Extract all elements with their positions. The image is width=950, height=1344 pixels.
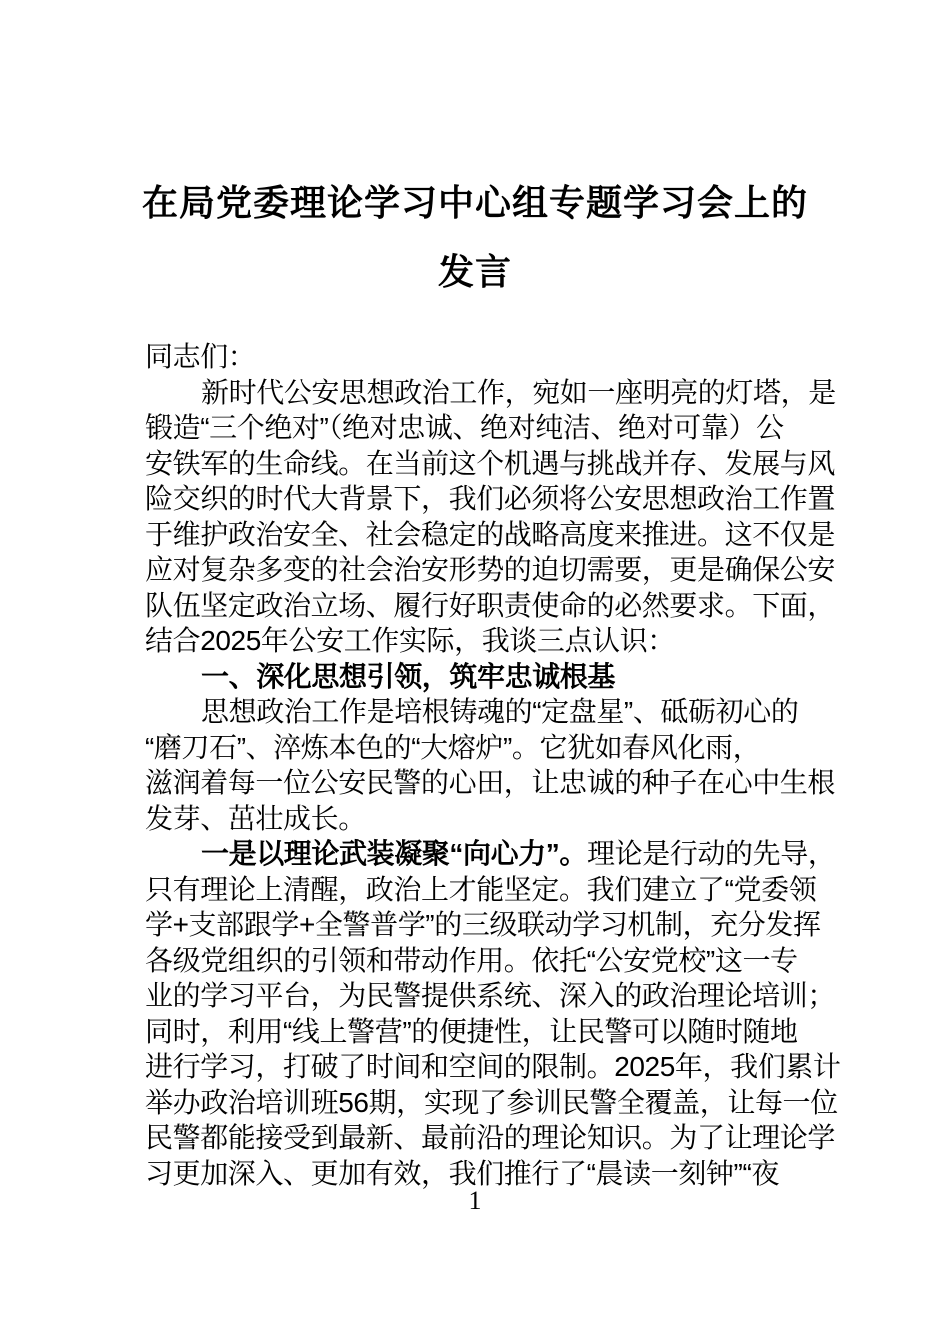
text-line: 新时代公安思想政治工作，宛如一座明亮的灯塔，是: [145, 375, 812, 411]
text-line: 滋润着每一位公安民警的心田，让忠诚的种子在心中生根: [145, 765, 812, 801]
text-segment: 业的学习平台，为民警提供系统、深入的政治理论培训；: [145, 980, 835, 1011]
text-segment: 安铁军的生命线。在当前这个机遇与挑战并存、发展与风: [145, 448, 835, 479]
text-line: 学+支部跟学+全警普学”的三级联动学习机制，充分发挥: [145, 907, 812, 943]
text-segment: 队伍坚定政治立场、履行好职责使命的必然要求。下面，: [145, 590, 835, 621]
text-segment: “磨刀石”、淬炼本色的“大熔炉”。它犹如春风化雨，: [145, 732, 760, 763]
text-line: 一、深化思想引领，筑牢忠诚根基: [145, 659, 812, 695]
text-line: 发芽、茁壮成长。: [145, 801, 812, 837]
paragraph: 思想政治工作是培根铸魂的“定盘星”、砥砺初心的“磨刀石”、淬炼本色的“大熔炉”。…: [145, 694, 812, 836]
page-number: 1: [0, 1186, 950, 1216]
text-segment: 于维护政治安全、社会稳定的战略高度来推进。这不仅是: [145, 519, 835, 550]
document-title: 在局党委理论学习中心组专题学习会上的 发言: [80, 168, 870, 306]
paragraph: 新时代公安思想政治工作，宛如一座明亮的灯塔，是锻造“三个绝对”（绝对忠诚、绝对纯…: [145, 375, 812, 659]
text-segment: 学+支部跟学+全警普学”的三级联动学习机制，充分发挥: [145, 909, 821, 940]
bold-text-segment: 一是以理论武装凝聚“向心力”。: [201, 838, 587, 869]
paragraph: 同志们：: [145, 339, 812, 375]
text-segment: 险交织的时代大背景下，我们必须将公安思想政治工作置: [145, 483, 835, 514]
section-heading: 一、深化思想引领，筑牢忠诚根基: [145, 659, 812, 695]
text-segment: 应对复杂多变的社会治安形势的迫切需要，更是确保公安: [145, 554, 835, 585]
text-segment: 思想政治工作是培根铸魂的“定盘星”、砥砺初心的: [201, 696, 798, 727]
text-line: 安铁军的生命线。在当前这个机遇与挑战并存、发展与风: [145, 446, 812, 482]
text-line: 同志们：: [145, 339, 812, 375]
text-segment: 各级党组织的引领和带动作用。依托“公安党校”这一专: [145, 945, 798, 976]
text-line: 进行学习，打破了时间和空间的限制。2025年，我们累计: [145, 1049, 812, 1085]
text-segment: 新时代公安思想政治工作，宛如一座明亮的灯塔，是: [201, 377, 836, 408]
text-line: 于维护政治安全、社会稳定的战略高度来推进。这不仅是: [145, 517, 812, 553]
text-segment: 举办政治培训班56期，实现了参训民警全覆盖，让每一位: [145, 1087, 838, 1118]
text-line: 同时，利用“线上警营”的便捷性，让民警可以随时随地: [145, 1014, 812, 1050]
text-line: 一是以理论武装凝聚“向心力”。理论是行动的先导，: [145, 836, 812, 872]
text-line: 结合2025年公安工作实际，我谈三点认识：: [145, 623, 812, 659]
text-segment: 锻造“三个绝对”（绝对忠诚、绝对纯洁、绝对可靠）公: [145, 412, 784, 443]
document-body: 同志们：新时代公安思想政治工作，宛如一座明亮的灯塔，是锻造“三个绝对”（绝对忠诚…: [145, 339, 812, 1191]
text-line: 只有理论上清醒，政治上才能坚定。我们建立了“党委领: [145, 872, 812, 908]
text-line: 队伍坚定政治立场、履行好职责使命的必然要求。下面，: [145, 588, 812, 624]
text-segment: 一、深化思想引领，筑牢忠诚根基: [201, 661, 615, 692]
text-segment: 进行学习，打破了时间和空间的限制。2025年，我们累计: [145, 1051, 841, 1082]
text-segment: 滋润着每一位公安民警的心田，让忠诚的种子在心中生根: [145, 767, 835, 798]
title-line-1: 在局党委理论学习中心组专题学习会上的: [80, 168, 870, 237]
text-segment: 只有理论上清醒，政治上才能坚定。我们建立了“党委领: [145, 874, 816, 905]
text-segment: 同时，利用“线上警营”的便捷性，让民警可以随时随地: [145, 1016, 798, 1047]
paragraph: 一是以理论武装凝聚“向心力”。理论是行动的先导，只有理论上清醒，政治上才能坚定。…: [145, 836, 812, 1191]
text-segment: 同志们：: [145, 341, 255, 372]
text-line: 险交织的时代大背景下，我们必须将公安思想政治工作置: [145, 481, 812, 517]
text-line: 民警都能接受到最新、最前沿的理论知识。为了让理论学: [145, 1120, 812, 1156]
text-line: “磨刀石”、淬炼本色的“大熔炉”。它犹如春风化雨，: [145, 730, 812, 766]
text-line: 举办政治培训班56期，实现了参训民警全覆盖，让每一位: [145, 1085, 812, 1121]
text-line: 应对复杂多变的社会治安形势的迫切需要，更是确保公安: [145, 552, 812, 588]
text-line: 各级党组织的引领和带动作用。依托“公安党校”这一专: [145, 943, 812, 979]
text-line: 业的学习平台，为民警提供系统、深入的政治理论培训；: [145, 978, 812, 1014]
text-line: 思想政治工作是培根铸魂的“定盘星”、砥砺初心的: [145, 694, 812, 730]
text-segment: 结合2025年公安工作实际，我谈三点认识：: [145, 625, 675, 656]
text-segment: 习更加深入、更加有效，我们推行了“晨读一刻钟”“夜: [145, 1158, 779, 1189]
document-page: 在局党委理论学习中心组专题学习会上的 发言 同志们：新时代公安思想政治工作，宛如…: [0, 0, 950, 1344]
text-line: 锻造“三个绝对”（绝对忠诚、绝对纯洁、绝对可靠）公: [145, 410, 812, 446]
text-segment: 理论是行动的先导，: [587, 838, 835, 869]
text-segment: 民警都能接受到最新、最前沿的理论知识。为了让理论学: [145, 1122, 835, 1153]
title-line-2: 发言: [80, 237, 870, 306]
text-segment: 发芽、茁壮成长。: [145, 803, 366, 834]
